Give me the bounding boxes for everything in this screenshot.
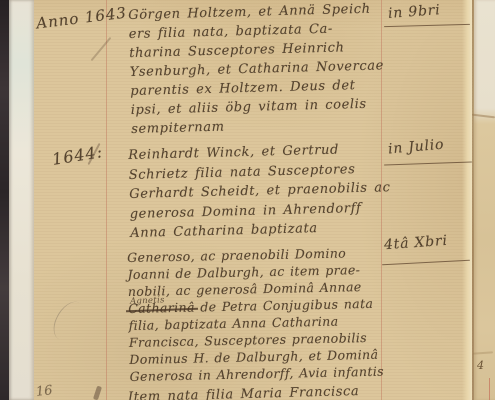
baptism-entry-1644a-text: Reinhardt Winck, et GertrudSchrietz fili… bbox=[128, 139, 392, 243]
baptism-entry-1643-text: Görgen Holtzem, et Annä Speichers filia … bbox=[128, 0, 386, 139]
book-spine-edge bbox=[0, 0, 9, 400]
column-rule-left bbox=[106, 0, 107, 400]
baptism-entry-1644b-text: Generoso, ac praenobili DominoJoanni de … bbox=[127, 244, 384, 385]
manuscript-scan: Anno 1643 1644: 16 Görgen Holtzem, et An… bbox=[0, 0, 495, 400]
interlinear-insertion: Agnetis bbox=[130, 295, 165, 306]
underlying-page-fore-edge bbox=[9, 0, 34, 400]
page-curl-highlight bbox=[462, 0, 472, 400]
page-number: 4 bbox=[477, 359, 484, 372]
margin-rule-fragment bbox=[489, 378, 490, 400]
page-stack-edge bbox=[474, 0, 495, 400]
cut-off-year-fragment: 16 bbox=[35, 383, 53, 400]
